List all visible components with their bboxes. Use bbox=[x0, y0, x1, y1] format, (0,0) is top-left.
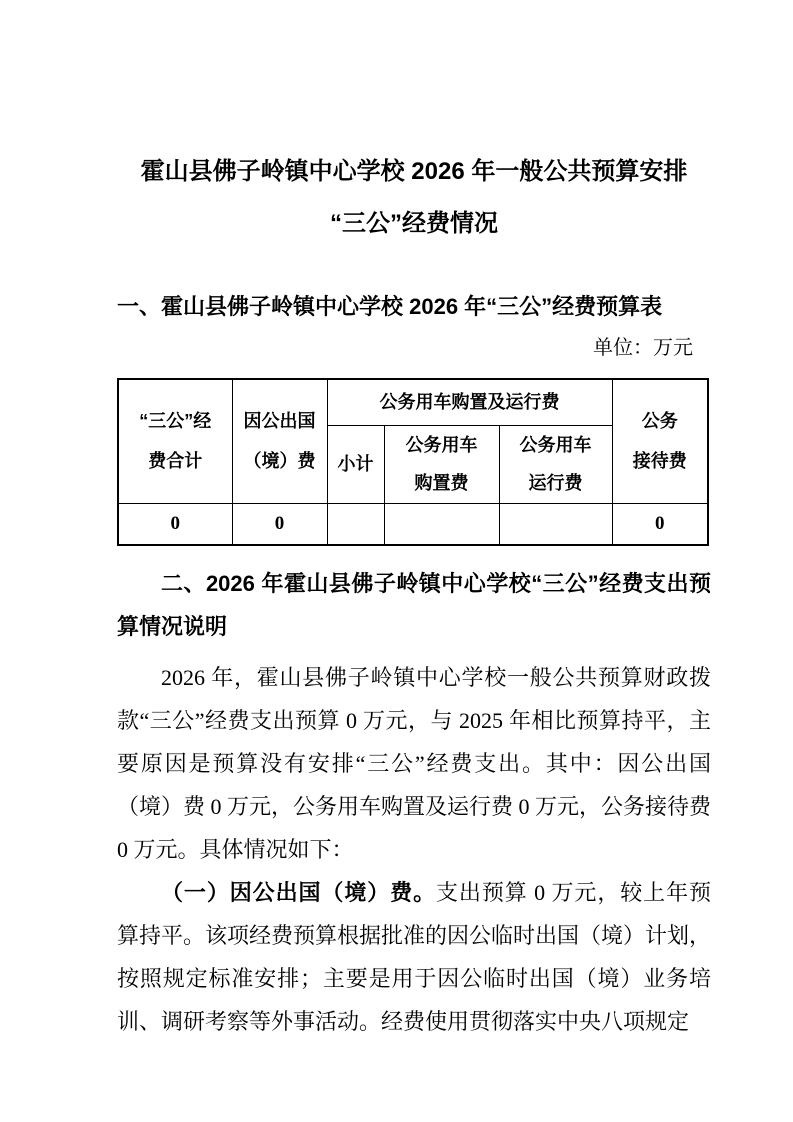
col-header-reception-fee: 公务 接待费 bbox=[612, 379, 708, 503]
section2-item1-paragraph: （一）因公出国（境）费。支出预算 0 万元，较上年预算持平。该项经费预算根据批准… bbox=[117, 871, 711, 1043]
document-title-line2: “三公”经费情况 bbox=[117, 198, 711, 250]
value-vehicle-purchase bbox=[384, 503, 499, 545]
item1-lead-label: （一）因公出国（境）费。 bbox=[161, 880, 436, 905]
section1-heading: 一、霍山县佛子岭镇中心学校 2026 年“三公”经费预算表 bbox=[117, 294, 711, 320]
unit-label: 单位：万元 bbox=[117, 336, 711, 360]
section2-heading: 二、2026 年霍山县佛子岭镇中心学校“三公”经费支出预算情况说明 bbox=[117, 562, 711, 648]
table-header-row-1: “三公”经 费合计 因公出国 （境）费 公务用车购置及运行费 公务 接待费 bbox=[118, 379, 708, 425]
document-page: 霍山县佛子岭镇中心学校 2026 年一般公共预算安排 “三公”经费情况 一、霍山… bbox=[0, 0, 793, 1122]
section2-paragraph: 2026 年，霍山县佛子岭镇中心学校一般公共预算财政拨款“三公”经费支出预算 0… bbox=[117, 656, 711, 871]
document-title: 霍山县佛子岭镇中心学校 2026 年一般公共预算安排 “三公”经费情况 bbox=[117, 146, 711, 250]
value-abroad-fee: 0 bbox=[232, 503, 327, 545]
value-three-public-total: 0 bbox=[118, 503, 232, 545]
value-vehicle-operation bbox=[499, 503, 612, 545]
value-vehicle-subtotal bbox=[327, 503, 384, 545]
col-header-vehicle-group: 公务用车购置及运行费 bbox=[327, 379, 612, 425]
col-header-abroad-fee: 因公出国 （境）费 bbox=[232, 379, 327, 503]
value-reception-fee: 0 bbox=[612, 503, 708, 545]
col-header-vehicle-purchase: 公务用车 购置费 bbox=[384, 425, 499, 503]
col-header-vehicle-operation: 公务用车 运行费 bbox=[499, 425, 612, 503]
col-header-vehicle-subtotal: 小计 bbox=[327, 425, 384, 503]
document-title-line1: 霍山县佛子岭镇中心学校 2026 年一般公共预算安排 bbox=[117, 146, 711, 198]
three-public-budget-table: “三公”经 费合计 因公出国 （境）费 公务用车购置及运行费 公务 接待费 小计… bbox=[117, 378, 709, 546]
table-data-row: 0 0 0 bbox=[118, 503, 708, 545]
col-header-three-public-total: “三公”经 费合计 bbox=[118, 379, 232, 503]
